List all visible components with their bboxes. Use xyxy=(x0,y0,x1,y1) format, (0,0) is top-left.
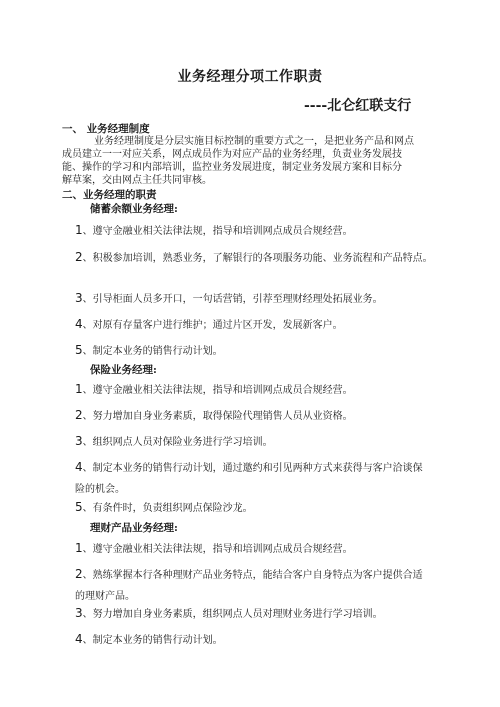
list-item: 3、努力增加自身业务素质，组织网点人员对理财业务进行学习培训。 xyxy=(75,605,383,620)
section2-heading: 二、业务经理的职责 xyxy=(62,187,157,202)
section1-para-line: 能、操作的学习和内部培训，监控业务发展进度，制定业务发展方案和目标分 xyxy=(62,161,402,174)
list-item: 4、制定本业务的销售行动计划。 xyxy=(75,631,223,646)
list-item: 5、制定本业务的销售行动计划。 xyxy=(75,342,223,357)
list-item: 1、遵守金融业相关法律法规，指导和培训网点成员合规经营。 xyxy=(75,381,353,396)
list-item: 1、遵守金融业相关法律法规，指导和培训网点成员合规经营。 xyxy=(75,222,353,237)
document-title: 业务经理分项工作职责 xyxy=(0,66,500,86)
list-item: 5、有条件时，负责组织网点保险沙龙。 xyxy=(75,499,253,514)
list-item: 2、努力增加自身业务素质，取得保险代理销售人员从业资格。 xyxy=(75,407,353,422)
section1-heading: 一、 业务经理制度 xyxy=(62,121,150,136)
document-subtitle: ----北仑红联支行 xyxy=(304,95,411,115)
list-item: 4、制定本业务的销售行动计划，通过邀约和引见两种方式来获得与客户洽谈保 xyxy=(75,459,423,474)
group-title-insurance: 保险业务经理: xyxy=(90,362,157,377)
list-item: 3、引导柜面人员多开口，一句话营销，引荐至理财经理处拓展业务。 xyxy=(75,290,383,305)
list-item: 2、积极参加培训，熟悉业务，了解银行的各项服务功能、业务流程和产品特点。 xyxy=(75,249,433,264)
list-item: 3、组织网点人员对保险业务进行学习培训。 xyxy=(75,433,273,448)
list-item-continuation: 险的机会。 xyxy=(75,480,125,495)
group-title-savings: 储蓄余额业务经理: xyxy=(90,201,178,216)
list-item: 4、对原有存量客户进行维护；通过片区开发，发展新客户。 xyxy=(75,316,343,331)
section1-para-line: 成员建立一一对应关系，网点成员作为对应产品的业务经理，负责业务发展技 xyxy=(62,148,402,161)
group-title-wealth: 理财产品业务经理: xyxy=(90,520,178,535)
list-item-continuation: 的理财产品。 xyxy=(75,587,135,602)
section1-para-line: 解草案，交由网点主任共同审核。 xyxy=(62,174,212,187)
list-item: 1、遵守金融业相关法律法规，指导和培训网点成员合规经营。 xyxy=(75,540,353,555)
list-item: 2、熟练掌握本行各种理财产品业务特点，能结合客户自身特点为客户提供合适 xyxy=(75,566,423,581)
section1-para-line: 业务经理制度是分层实施目标控制的重要方式之一，是把业务产品和网点 xyxy=(94,135,414,148)
document-page: 业务经理分项工作职责 ----北仑红联支行 一、 业务经理制度 业务经理制度是分… xyxy=(0,0,500,707)
